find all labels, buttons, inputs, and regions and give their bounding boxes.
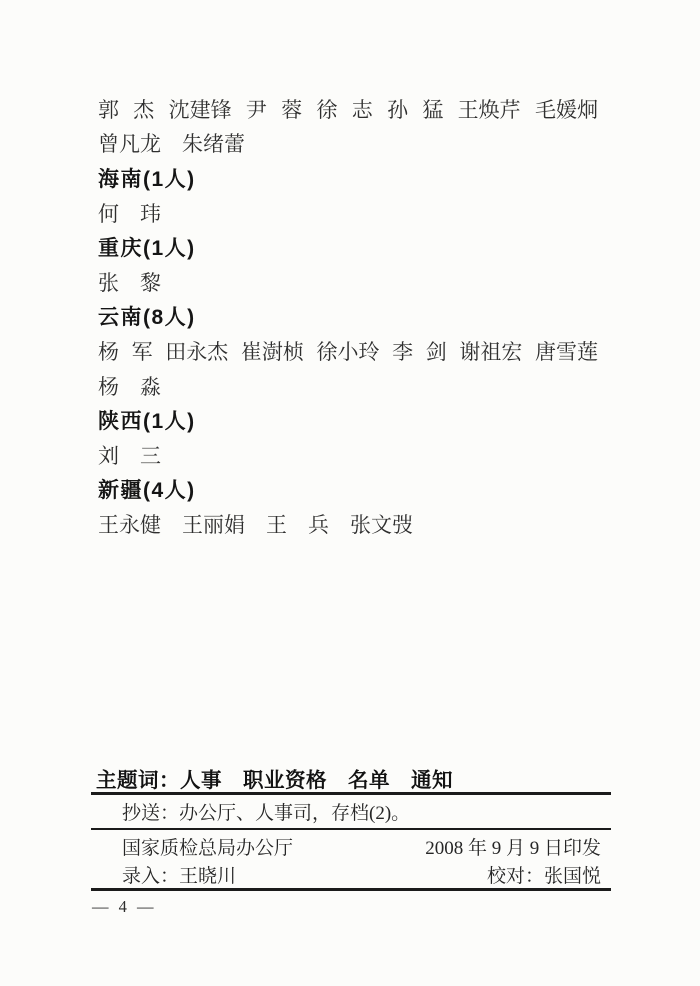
person-name: 毛媛炯 [535, 100, 598, 121]
province-heading: 重庆(1人) [98, 231, 598, 266]
issuer-row: 国家质检总局办公厅 2008 年 9 月 9 日印发 [91, 832, 611, 861]
subject-keywords: 人事 职业资格 名单 通知 [180, 763, 453, 793]
name-line: 郭杰沈建锋尹蓉徐志孙猛王焕芹毛媛炯 [98, 93, 598, 128]
province-heading: 云南(8人) [98, 301, 598, 336]
footer-block: 主题词： 人事 职业资格 名单 通知 抄送：办公厅、人事司，存档(2)。 国家质… [91, 763, 611, 891]
page-number: — 4 — [92, 897, 157, 917]
person-name: 剑 [426, 342, 447, 363]
subject-label: 主题词： [96, 763, 180, 793]
divider-line-middle [91, 828, 611, 830]
name-line: 刘 三 [98, 439, 598, 474]
person-name: 唐雪莲 [535, 342, 598, 363]
person-name: 田永杰 [165, 342, 228, 363]
person-name: 尹 [246, 100, 267, 121]
divider-line-bottom [91, 888, 611, 891]
proofreader: 校对：张国悦 [487, 861, 601, 888]
province-heading: 陕西(1人) [98, 404, 598, 439]
person-name: 郭 [98, 100, 119, 121]
person-name: 杰 [133, 100, 154, 121]
person-name: 徐小玲 [317, 342, 380, 363]
issuer: 国家质检总局办公厅 [122, 833, 293, 860]
person-name: 志 [352, 100, 373, 121]
subject-row: 主题词： 人事 职业资格 名单 通知 [91, 763, 611, 792]
document-page: 郭杰沈建锋尹蓉徐志孙猛王焕芹毛媛炯曾凡龙 朱绪蕾海南(1人)何 玮重庆(1人)张… [0, 0, 700, 986]
person-name: 徐 [316, 100, 337, 121]
province-heading: 海南(1人) [98, 162, 598, 197]
person-name: 杨 [98, 342, 119, 363]
person-name: 崔澍桢 [241, 342, 304, 363]
name-line: 张 黎 [98, 266, 598, 301]
name-line: 何 玮 [98, 197, 598, 232]
person-name: 孙 [387, 100, 408, 121]
name-line: 曾凡龙 朱绪蕾 [98, 128, 598, 163]
print-date: 2008 年 9 月 9 日印发 [425, 833, 601, 860]
province-heading: 新疆(4人) [98, 474, 598, 509]
person-name: 蓉 [281, 100, 302, 121]
person-name: 军 [132, 342, 153, 363]
person-name: 王焕芹 [458, 100, 521, 121]
credits-row: 录入：王晓川 校对：张国悦 [91, 861, 611, 887]
person-name: 猛 [422, 100, 443, 121]
name-line: 王永健 王丽娟 王 兵 张文弢 [98, 508, 598, 543]
cc-row: 抄送：办公厅、人事司，存档(2)。 [91, 795, 611, 828]
person-name: 谢祖宏 [459, 342, 522, 363]
name-line: 杨 淼 [98, 370, 598, 405]
person-name: 李 [392, 342, 413, 363]
name-list: 郭杰沈建锋尹蓉徐志孙猛王焕芹毛媛炯曾凡龙 朱绪蕾海南(1人)何 玮重庆(1人)张… [98, 93, 598, 543]
name-line: 杨军田永杰崔澍桢徐小玲李剑谢祖宏唐雪莲 [98, 335, 598, 370]
typist: 录入：王晓川 [122, 861, 236, 888]
person-name: 沈建锋 [169, 100, 232, 121]
